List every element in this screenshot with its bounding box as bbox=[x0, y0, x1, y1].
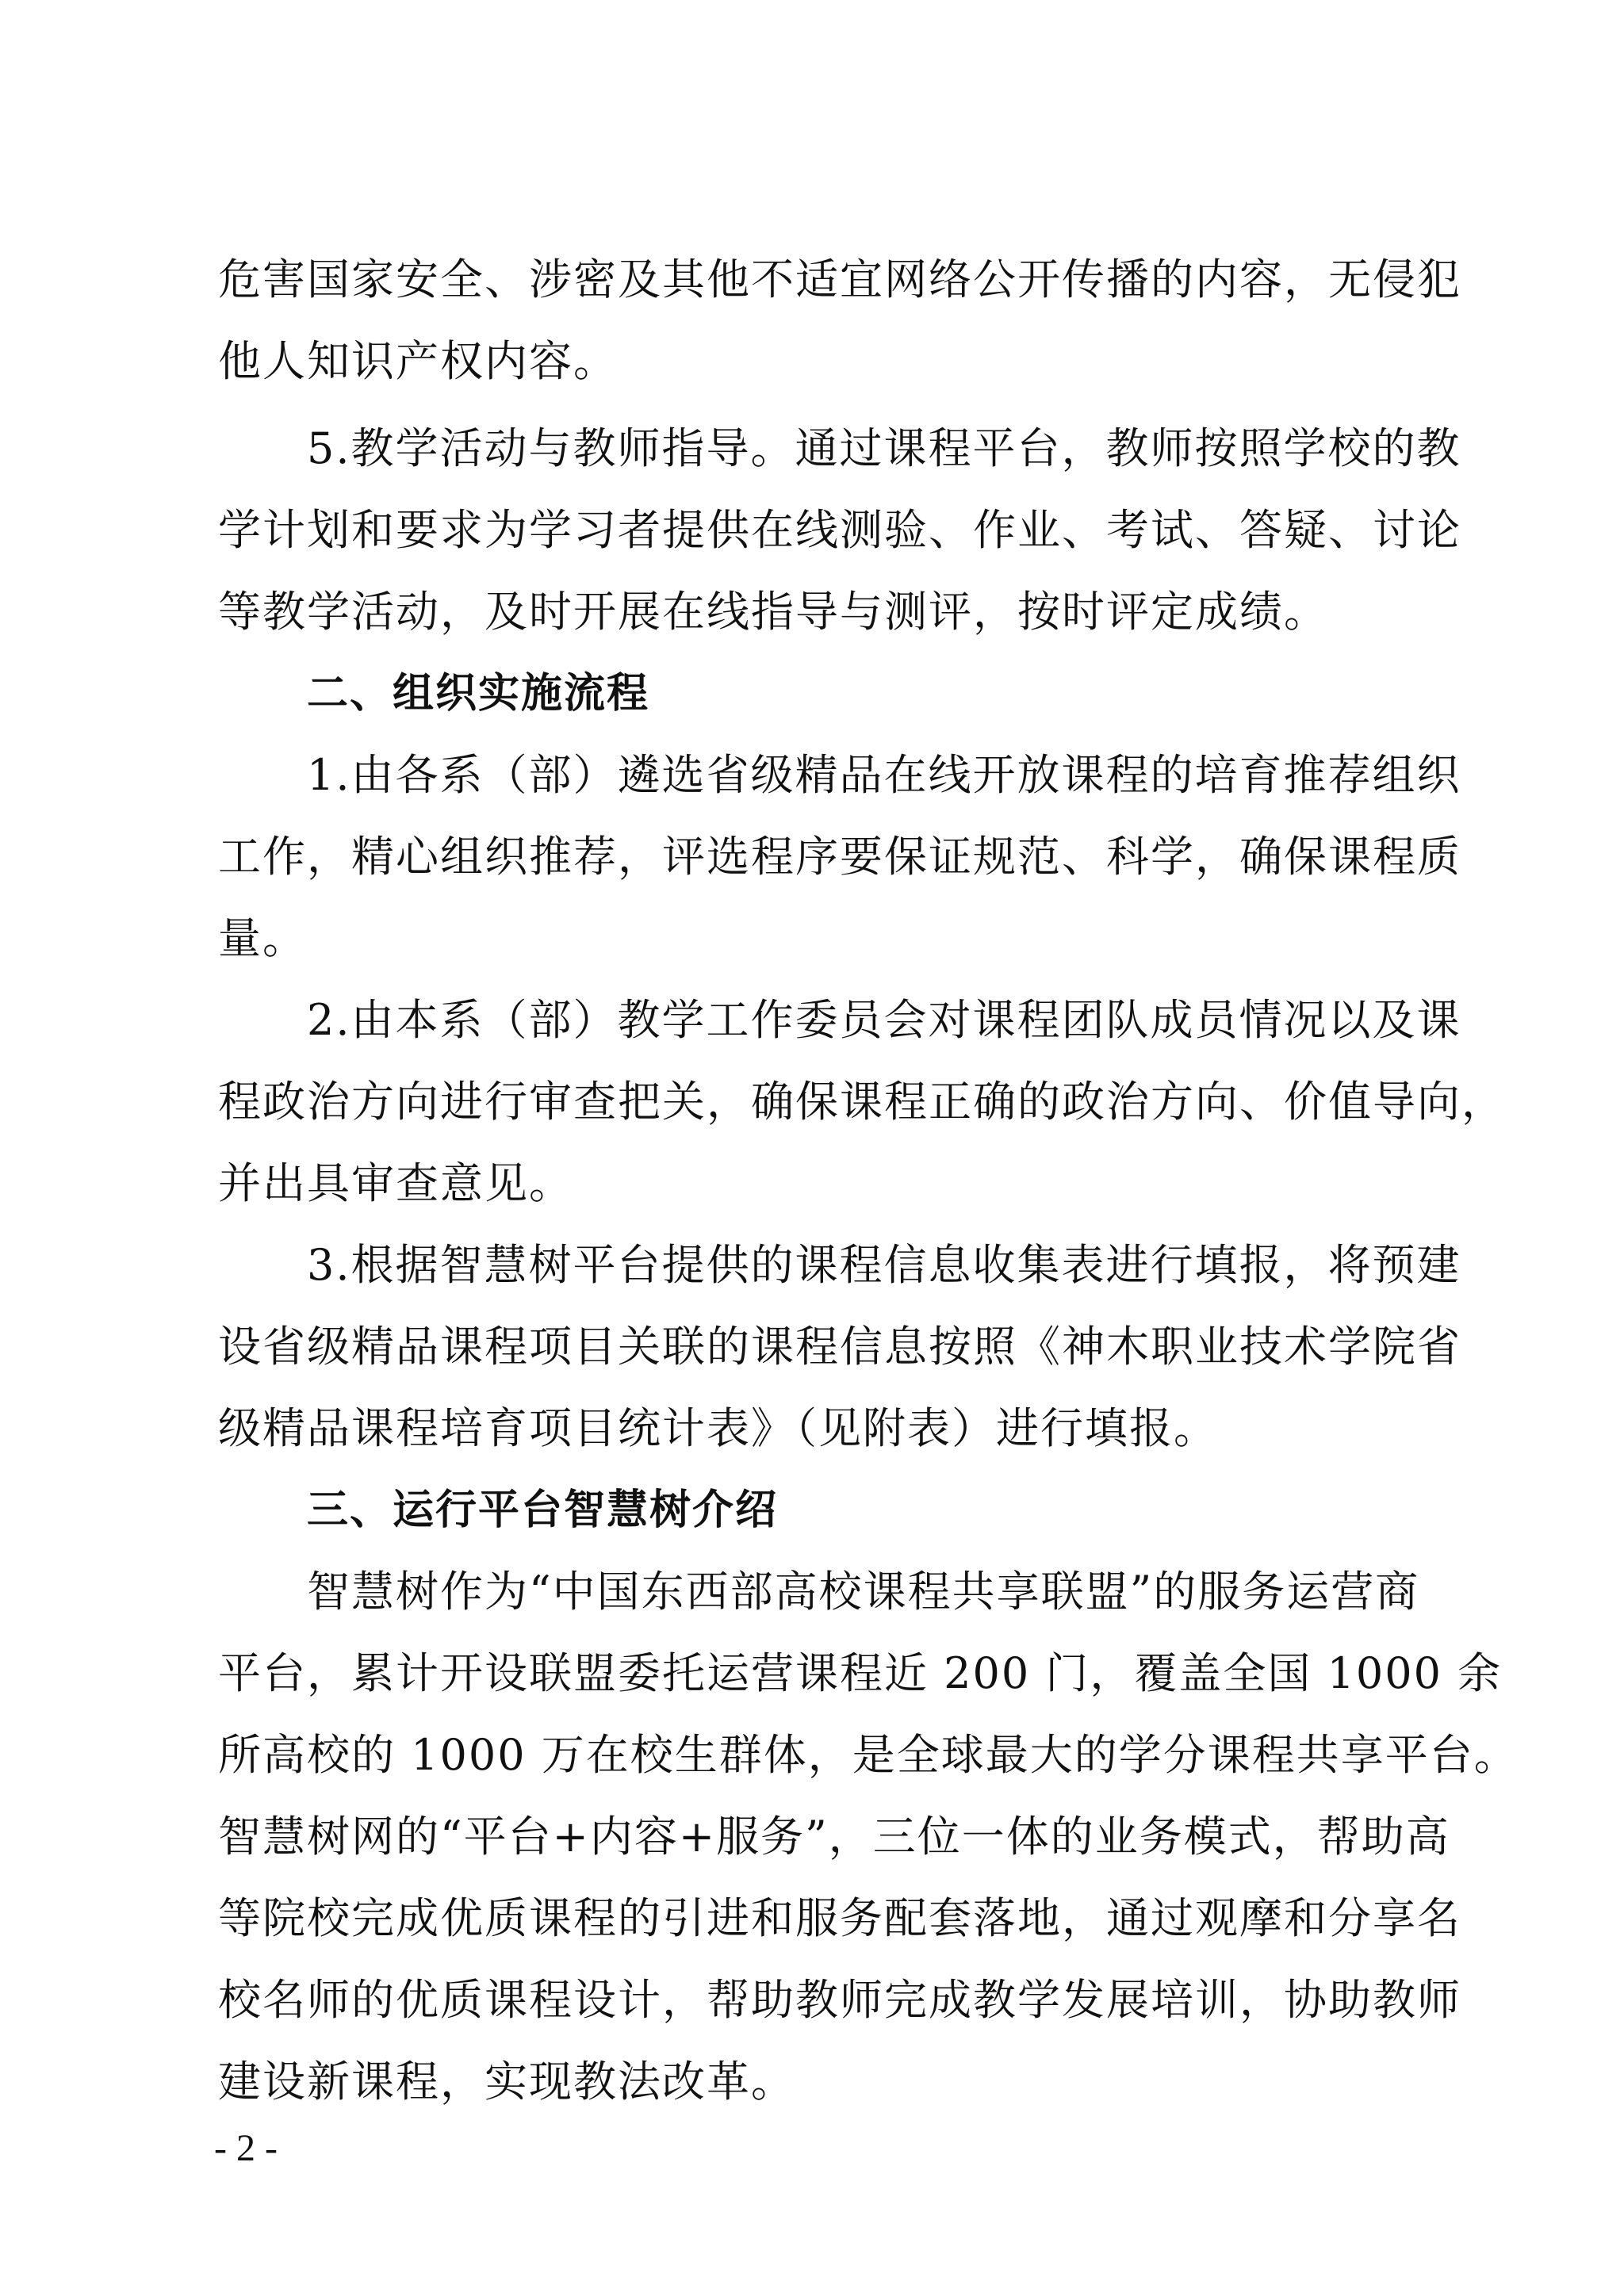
section-heading-2: 二、组织实施流程 bbox=[307, 654, 649, 733]
body-text-line: 并出具审查意见。 bbox=[218, 1144, 573, 1223]
paragraph-3-reporting: 3.根据智慧树平台提供的课程信息收集表进行填报，将预建 bbox=[307, 1226, 1411, 1305]
paragraph-platform-intro: 智慧树作为“中国东西部高校课程共享联盟”的服务运营商 bbox=[307, 1552, 1411, 1632]
page-number: - 2 - bbox=[214, 2125, 278, 2172]
paragraph-2-review: 2.由本系（部）教学工作委员会对课程团队成员情况以及课 bbox=[307, 981, 1411, 1060]
body-text-line: 等院校完成优质课程的引进和服务配套落地，通过观摩和分享名 bbox=[218, 1879, 1411, 1958]
body-text-line: 建设新课程，实现教法改革。 bbox=[218, 2042, 795, 2122]
body-text-line: 量。 bbox=[218, 899, 307, 978]
body-text-line: 平台，累计开设联盟委托运营课程近 200 门，覆盖全国 1000 余 bbox=[218, 1634, 1411, 1713]
body-text-line: 学计划和要求为学习者提供在线测验、作业、考试、答疑、讨论 bbox=[218, 491, 1411, 570]
body-text-line: 等教学活动，及时开展在线指导与测评，按时评定成绩。 bbox=[218, 572, 1328, 652]
body-text-line: 工作，精心组织推荐，评选程序要保证规范、科学，确保课程质 bbox=[218, 817, 1411, 897]
body-text-line: 危害国家安全、涉密及其他不适宜网络公开传播的内容，无侵犯 bbox=[218, 240, 1411, 320]
body-text-line: 所高校的 1000 万在校生群体，是全球最大的学分课程共享平台。 bbox=[218, 1716, 1411, 1795]
body-text-line: 校名师的优质课程设计，帮助教师完成教学发展培训，协助教师 bbox=[218, 1961, 1411, 2040]
paragraph-1-selection: 1.由各系（部）遴选省级精品在线开放课程的培育推荐组织 bbox=[307, 736, 1411, 815]
body-text-line: 设省级精品课程项目关联的课程信息按照《神木职业技术学院省 bbox=[218, 1307, 1411, 1387]
paragraph-5-teaching-activities: 5.教学活动与教师指导。通过课程平台，教师按照学校的教 bbox=[307, 409, 1411, 488]
body-text-line: 级精品课程培育项目统计表》（见附表）进行填报。 bbox=[218, 1389, 1218, 1468]
body-text-line: 他人知识产权内容。 bbox=[218, 322, 618, 401]
body-text-line: 程政治方向进行审查把关，确保课程正确的政治方向、价值导向， bbox=[218, 1062, 1411, 1142]
body-text-line: 智慧树网的“平台+内容+服务”，三位一体的业务模式，帮助高 bbox=[218, 1797, 1411, 1877]
section-heading-3: 三、运行平台智慧树介绍 bbox=[307, 1471, 778, 1550]
